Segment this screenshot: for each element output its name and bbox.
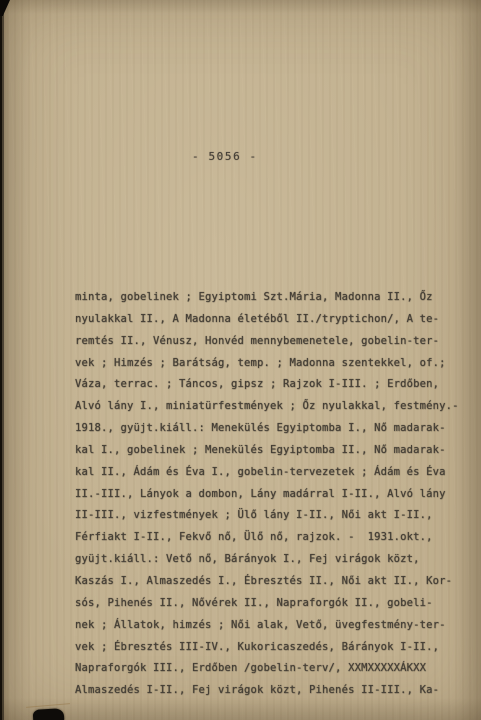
text-line: vek ; Himzés ; Barátság, temp. ; Madonna… xyxy=(75,357,470,379)
text-line: II.-III., Lányok a dombon, Lány madárral… xyxy=(75,488,470,510)
text-line: Alvó lány I., miniatürfestmények ; Őz ny… xyxy=(75,400,470,422)
scanned-page: - 5056 - minta, gobelinek ; Egyiptomi Sz… xyxy=(0,0,481,720)
text-line: Almaszedés I-II., Fej virágok közt, Pihe… xyxy=(75,684,470,706)
text-line: II-III., vizfestmények ; Ülő lány I-II.,… xyxy=(75,509,470,531)
text-line: nek ; Állatok, himzés ; Női alak, Vető, … xyxy=(75,619,470,641)
scan-bottom-left-mark xyxy=(33,708,65,720)
scan-left-edge-mark xyxy=(0,0,4,720)
page-number: - 5056 - xyxy=(192,150,258,163)
text-line: gyüjt.kiáll.: Vető nő, Bárányok I., Fej … xyxy=(75,553,470,575)
text-line: remtés II., Vénusz, Honvéd mennybemenete… xyxy=(75,335,470,357)
text-line: Váza, terrac. ; Táncos, gipsz ; Rajzok I… xyxy=(75,378,470,400)
text-line: Férfiakt I-II., Fekvő nő, Ülő nő, rajzok… xyxy=(75,531,470,553)
document-text: minta, gobelinek ; Egyiptomi Szt.Mária, … xyxy=(75,291,470,706)
text-line: Kaszás I., Almaszedés I., Ébresztés II.,… xyxy=(75,575,470,597)
text-line: minta, gobelinek ; Egyiptomi Szt.Mária, … xyxy=(75,291,470,313)
text-line: sós, Pihenés II., Nővérek II., Napraforg… xyxy=(75,597,470,619)
text-line: nyulakkal II., A Madonna életéből II./tr… xyxy=(75,313,470,335)
text-line: kal I., gobelinek ; Menekülés Egyiptomba… xyxy=(75,444,470,466)
text-line: 1918., gyüjt.kiáll.: Menekülés Egyiptomb… xyxy=(75,422,470,444)
text-line: kal II., Ádám és Éva I., gobelin-terveze… xyxy=(75,466,470,488)
text-line: vek ; Ébresztés III-IV., Kukoricaszedés,… xyxy=(75,641,470,663)
paper-crease xyxy=(26,703,70,708)
scan-top-left-corner-mark xyxy=(0,0,10,16)
text-line: Napraforgók III., Erdőben /gobelin-terv/… xyxy=(75,662,470,684)
